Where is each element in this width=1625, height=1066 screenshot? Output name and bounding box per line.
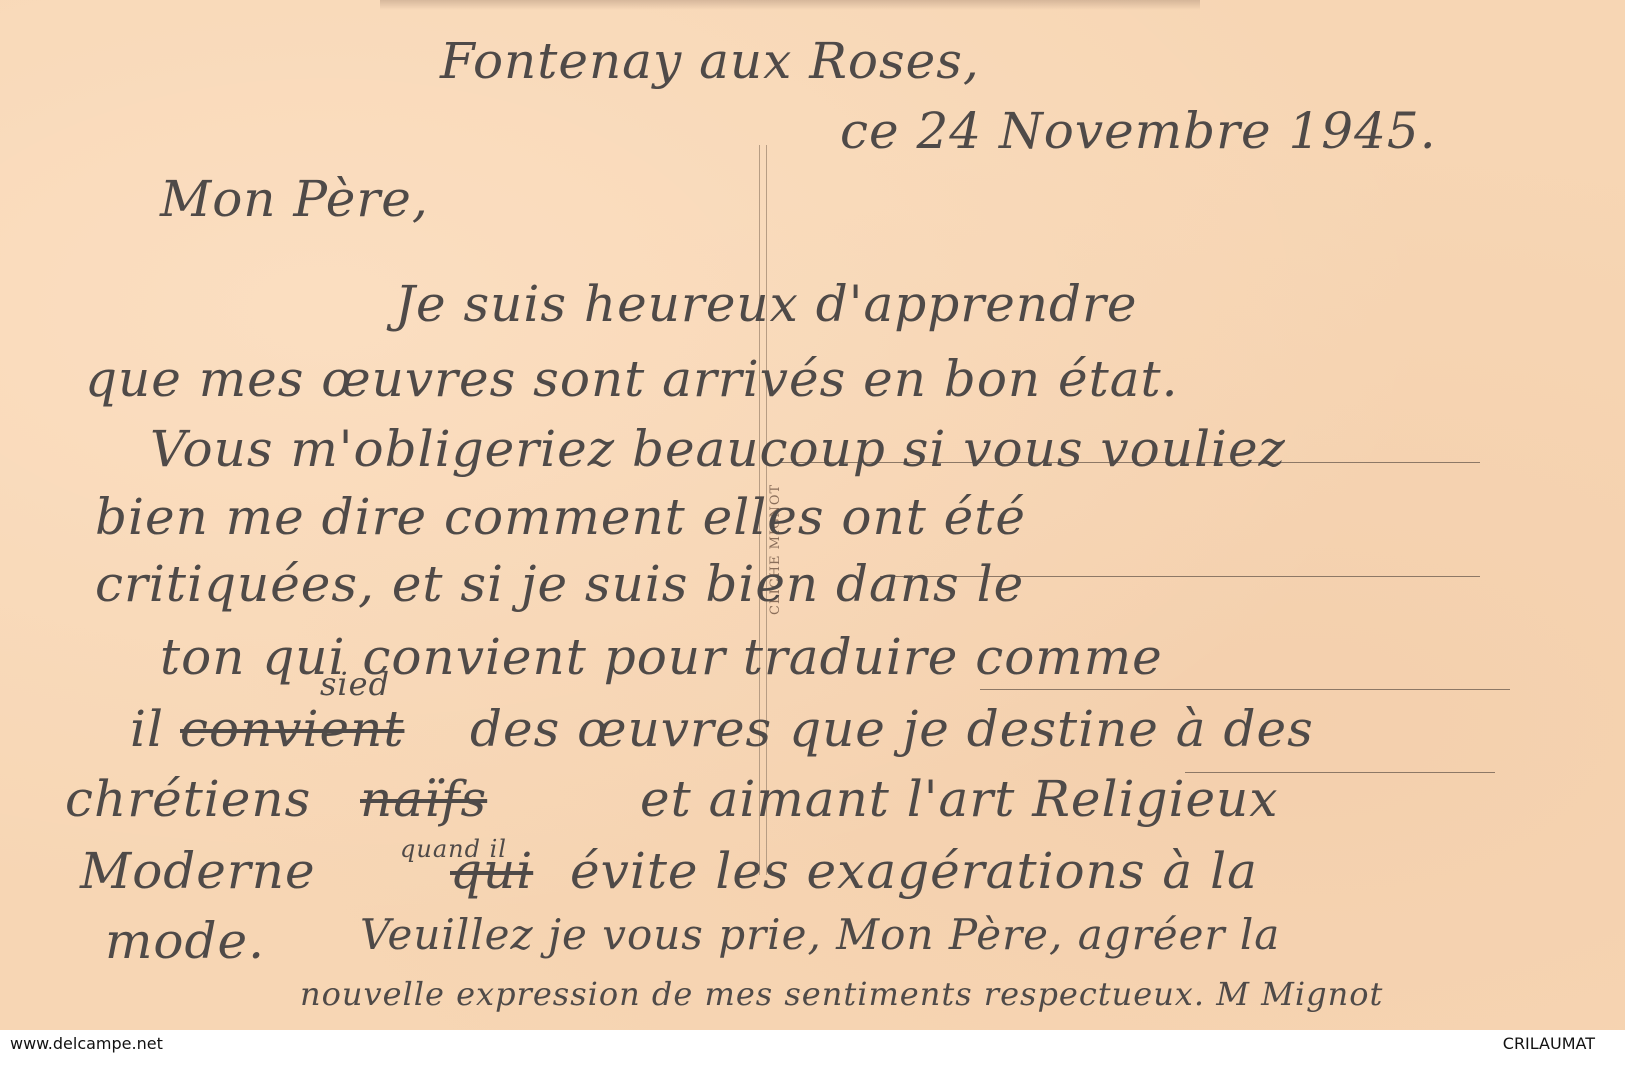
struck-word: naïfs	[360, 770, 487, 828]
torn-top-edge	[380, 0, 1200, 10]
letter-line: il	[130, 700, 164, 758]
letter-place: Fontenay aux Roses,	[440, 32, 980, 90]
letter-line: bien me dire comment elles ont été	[95, 488, 1026, 546]
letter-line: ton qui convient pour traduire comme	[160, 628, 1163, 686]
letter-line: critiquées, et si je suis bien dans le	[95, 555, 1024, 613]
postcard-back: CLICHE MIGNOT Fontenay aux Roses, ce 24 …	[0, 0, 1625, 1030]
letter-line: Moderne	[80, 842, 316, 900]
insertion-text: sied	[320, 665, 390, 703]
letter-salutation: Mon Père,	[160, 170, 429, 228]
struck-word: convient	[180, 700, 404, 758]
watermark-delcampe: www.delcampe.net	[10, 1034, 163, 1053]
letter-line: chrétiens	[65, 770, 311, 828]
watermark-crilaumat: CRILAUMAT	[1503, 1034, 1595, 1053]
letter-line: Je suis heureux d'apprendre	[395, 275, 1137, 333]
letter-line: Vous m'obligeriez beaucoup si vous vouli…	[150, 420, 1286, 478]
letter-line: Veuillez je vous prie, Mon Père, agréer …	[360, 910, 1280, 959]
letter-line: évite les exagérations à la	[570, 842, 1258, 900]
watermark-bar: www.delcampe.net CRILAUMAT	[0, 1030, 1625, 1066]
letter-line: mode.	[105, 912, 265, 970]
address-rule-3	[980, 689, 1510, 690]
letter-line: des œuvres que je destine à des	[470, 700, 1314, 758]
letter-date: ce 24 Novembre 1945.	[840, 102, 1437, 160]
letter-line: et aimant l'art Religieux	[640, 770, 1278, 828]
struck-word: qui	[450, 842, 533, 900]
letter-closing-line: nouvelle expression de mes sentiments re…	[300, 975, 1383, 1013]
letter-line: que mes œuvres sont arrivés en bon état.	[85, 350, 1179, 408]
